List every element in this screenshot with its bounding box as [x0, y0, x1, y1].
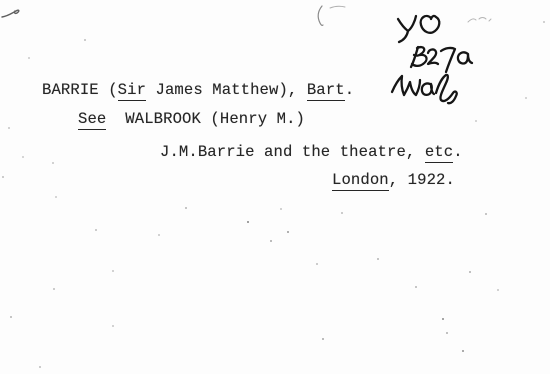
- typed-segment-underlined: Bart: [307, 81, 345, 101]
- scan-speck: [543, 21, 545, 23]
- scan-speck: [525, 97, 527, 99]
- shelfmark-letter-O: [421, 16, 440, 33]
- scan-curve-top-center: [318, 6, 323, 25]
- scan-speck: [280, 208, 282, 210]
- typed-segment: .: [345, 81, 354, 99]
- typed-segment: , 1922.: [389, 171, 455, 189]
- scan-dash-top-center: [330, 6, 345, 8]
- scan-speck: [287, 231, 289, 233]
- scan-speck: [185, 207, 187, 209]
- typed-segment: .: [453, 143, 462, 161]
- scan-speck: [10, 316, 12, 318]
- scan-speck: [52, 162, 54, 164]
- scan-speck: [446, 332, 448, 334]
- shelfmark-letter-a: [422, 83, 434, 94]
- typed-segment-underlined: Sir: [118, 81, 146, 101]
- catalogue-card: BARRIE (Sir James Matthew), Bart. See WA…: [0, 0, 550, 374]
- scan-speck: [270, 240, 272, 242]
- typed-line-imprint: London, 1922.: [332, 173, 455, 189]
- scan-speck: [497, 289, 499, 291]
- scan-speck: [112, 270, 114, 272]
- typed-segment: BARRIE (: [42, 81, 118, 99]
- typed-line-see-reference: See WALBROOK (Henry M.): [78, 112, 305, 128]
- scan-speck: [95, 229, 97, 231]
- scan-speck: [475, 120, 477, 122]
- scan-speck: [2, 176, 4, 178]
- scan-speck: [158, 234, 160, 236]
- scan-speck: [22, 156, 24, 158]
- scan-speck: [377, 258, 379, 260]
- typed-segment: WALBROOK (Henry M.): [106, 110, 305, 128]
- typed-segment-underlined: etc: [425, 143, 453, 163]
- scan-speck: [462, 350, 464, 352]
- scan-speck: [322, 338, 324, 340]
- shelfmark-letter-l: [436, 75, 457, 103]
- scan-speck: [247, 221, 249, 223]
- scan-speck: [28, 57, 30, 59]
- scan-speck: [112, 325, 114, 327]
- typed-line-title: J.M.Barrie and the theatre, etc.: [160, 145, 463, 161]
- typed-segment-underlined: London: [332, 171, 389, 191]
- shelfmark-digit-2: [428, 49, 438, 64]
- scan-speck: [39, 366, 41, 368]
- typed-segment: J.M.Barrie and the theatre,: [160, 143, 425, 161]
- scan-speck: [55, 196, 57, 198]
- typed-segment: James Matthew),: [146, 81, 307, 99]
- scan-speck: [8, 127, 10, 129]
- scan-speck: [341, 212, 343, 214]
- handwritten-shelfmark: [376, 0, 498, 112]
- scan-speck: [53, 288, 55, 290]
- scan-speck: [469, 271, 471, 273]
- typed-segment-underlined: See: [78, 110, 106, 130]
- shelfmark-digit-7: [441, 48, 455, 72]
- shelfmark-letter-Y-tail: [399, 31, 408, 42]
- scan-speck: [84, 39, 86, 41]
- shelfmark-letter-W: [392, 76, 420, 95]
- shelfmark-letter-Y: [398, 16, 416, 31]
- scan-speck: [485, 213, 487, 215]
- scan-speck: [415, 286, 417, 288]
- scan-speck: [442, 318, 444, 320]
- scan-speck: [316, 263, 318, 265]
- scan-squiggle-top-left: [2, 10, 19, 17]
- typed-line-heading: BARRIE (Sir James Matthew), Bart.: [42, 83, 354, 99]
- shelfmark-letter-a: [458, 52, 472, 63]
